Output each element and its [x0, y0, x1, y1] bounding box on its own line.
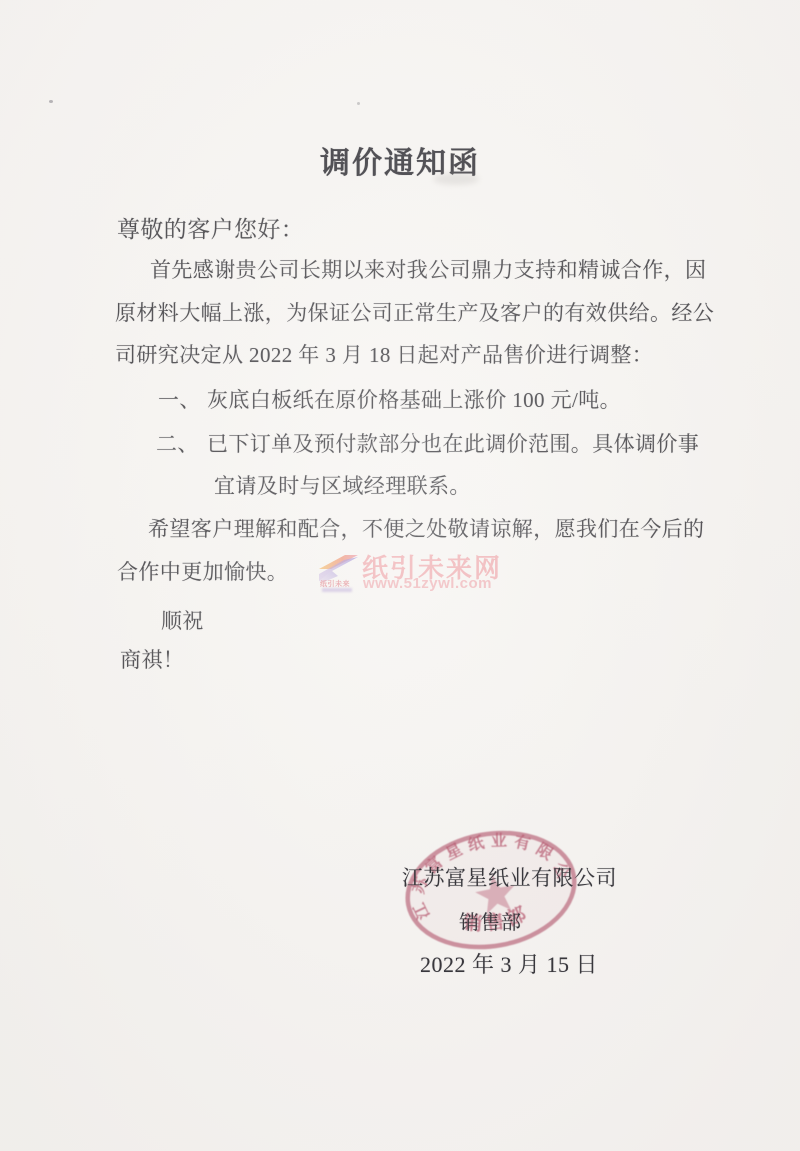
list-marker: 一、	[158, 384, 201, 414]
signature-date: 2022 年 3 月 15 日	[420, 948, 598, 979]
watermark-url: www.51zywl.com	[363, 575, 492, 592]
body-line: 司研究决定从 2022 年 3 月 18 日起对产品售价进行调整：	[115, 339, 653, 369]
body-line: 合作中更加愉快。	[117, 556, 288, 586]
wish-line: 顺祝	[161, 605, 204, 635]
watermark-caption-underline	[322, 588, 352, 592]
body-line: 首先感谢贵公司长期以来对我公司鼎力支持和精诚合作，因	[150, 254, 706, 284]
scanned-letter-page: 调价通知函 尊敬的客户您好： 首先感谢贵公司长期以来对我公司鼎力支持和精诚合作，…	[0, 0, 800, 1151]
scan-speck	[49, 100, 53, 103]
body-line: 希望客户理解和配合，不便之处敬请谅解，愿我们在今后的	[148, 513, 704, 543]
regards-line: 商祺！	[120, 644, 184, 674]
page-title: 调价通知函	[0, 138, 800, 182]
scan-smudge	[433, 173, 479, 185]
scan-speck	[357, 102, 360, 105]
list-line: 宜请及时与区域经理联系。	[214, 470, 471, 500]
list-marker: 二、	[156, 428, 199, 458]
body-line: 原材料大幅上涨，为保证公司正常生产及客户的有效供给。经公	[115, 297, 714, 327]
greeting-line: 尊敬的客户您好：	[117, 211, 304, 244]
list-line: 灰底白板纸在原价格基础上涨价 100 元/吨。	[207, 384, 621, 414]
signature-department: 销售部	[459, 906, 522, 935]
signature-company: 江苏富星纸业有限公司	[402, 862, 617, 892]
list-line: 已下订单及预付款部分也在此调价范围。具体调价事	[207, 428, 699, 458]
